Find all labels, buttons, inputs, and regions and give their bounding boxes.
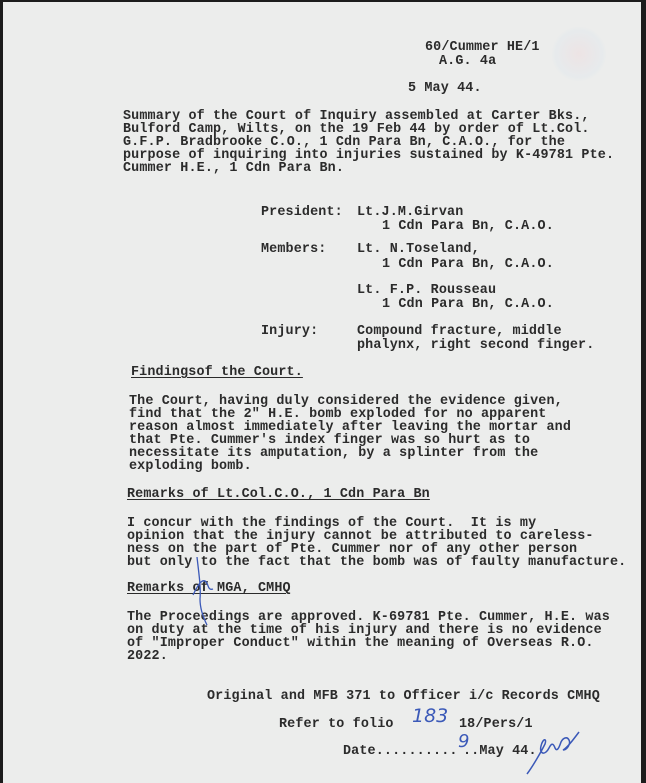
summary-line: Cummer H.E., 1 Cdn Para Bn.	[123, 162, 344, 176]
remarks-mga-line: 2022.	[127, 650, 168, 664]
member-name: Lt. F.P. Rousseau	[357, 284, 496, 298]
pen-checkmark-icon	[183, 557, 243, 627]
injury-label: Injury:	[261, 325, 318, 339]
remarks-mga-line: of "Improper Conduct" within the meaning…	[127, 637, 594, 651]
president-name: Lt.J.M.Girvan	[357, 206, 463, 220]
date-label: Date..........	[343, 745, 458, 759]
findings-line: exploding bomb.	[129, 460, 252, 474]
faded-stamp	[551, 26, 607, 82]
findings-heading: Findingsof the Court.	[131, 366, 303, 380]
routing-line: Original and MFB 371 to Officer i/c Reco…	[207, 690, 600, 704]
president-unit: 1 Cdn Para Bn, C.A.O.	[382, 220, 554, 234]
folio-reference: 18/Pers/1	[459, 718, 533, 732]
file-reference: 60/Cummer HE/1	[425, 41, 540, 55]
remarks-co-heading: Remarks of Lt.Col.C.O., 1 Cdn Para Bn	[127, 488, 430, 502]
injury-description: phalynx, right second finger.	[357, 339, 594, 353]
ag-reference: A.G. 4a	[439, 55, 496, 69]
injury-description: Compound fracture, middle	[357, 325, 562, 339]
document-date: 5 May 44.	[408, 82, 482, 96]
member-name: Lt. N.Toseland,	[357, 243, 480, 257]
member-unit: 1 Cdn Para Bn, C.A.O.	[382, 258, 554, 272]
president-label: President:	[261, 206, 343, 220]
document-page: 60/Cummer HE/1 A.G. 4a 5 May 44. Summary…	[3, 2, 641, 783]
members-label: Members:	[261, 243, 327, 257]
member-unit: 1 Cdn Para Bn, C.A.O.	[382, 298, 554, 312]
refer-label: Refer to folio	[279, 718, 394, 732]
initials-signature-icon	[523, 722, 583, 782]
folio-handwritten: 183	[412, 710, 448, 724]
